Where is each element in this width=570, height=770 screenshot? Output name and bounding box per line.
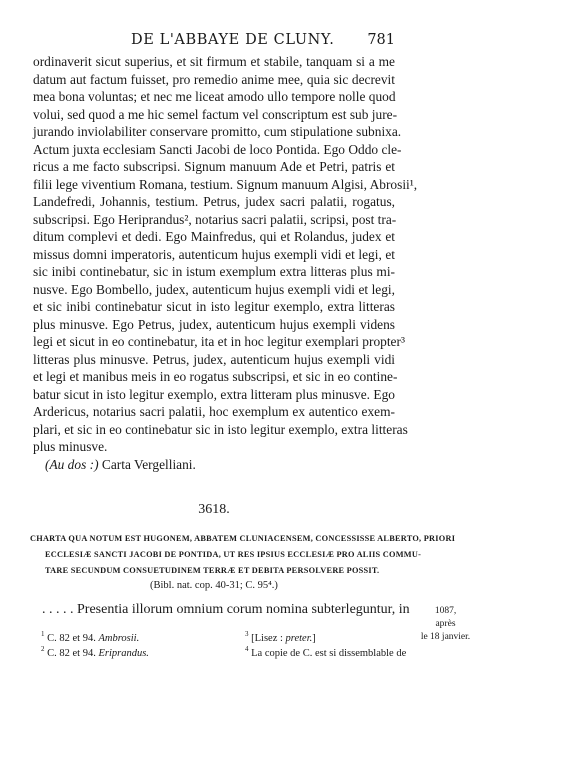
text-line: plus minusve. xyxy=(33,438,395,456)
text-line: volui, sed quod a me hic semel factum ve… xyxy=(33,106,395,124)
footnote-mark: 4 xyxy=(245,645,249,653)
text-line: missus domni imperatoris, autenticum huj… xyxy=(33,246,395,264)
charter-rubric: CHARTA QUA NOTUM EST HUGONEM, ABBATEM CL… xyxy=(30,531,395,579)
footnotes-right-column: 3 [Lisez : preter.] 4 La copie de C. est… xyxy=(245,627,406,657)
text-line: et sic inibi continebatur sicut in isto … xyxy=(33,298,395,316)
endorsement-text: Carta Vergelliani. xyxy=(102,457,196,472)
text-line: plari, et sic in eo continebatur sic in … xyxy=(33,421,395,439)
rubric-line: ECCLESIÆ SANCTI JACOBI DE PONTIDA, UT RE… xyxy=(30,547,395,563)
text-line: mea bona voluntas; et nec me liceat amod… xyxy=(33,88,395,106)
footnote-mark: 2 xyxy=(41,645,45,653)
text-line: batur sicut in isto legitur exemplo, ext… xyxy=(33,386,395,404)
text-line: Ardericus, notarius sacri palatii, hoc e… xyxy=(33,403,395,421)
footnote-mark: 1 xyxy=(41,630,45,638)
footnote-1: 1 C. 82 et 94. Ambrosii. xyxy=(41,627,149,642)
text-line: datum aut factum fuisset, pro remedio an… xyxy=(33,71,395,89)
footnote-mark: 3 xyxy=(245,630,249,638)
text-line: ditum complevi et dedi. Ego Mainfredus, … xyxy=(33,228,395,246)
text-line: ricus a me facto subscripsi. Signum manu… xyxy=(33,158,395,176)
charter-first-line: . . . . . Presentia illorum omnium corum… xyxy=(42,602,395,618)
running-head: DE L'ABBAYE DE CLUNY. 781 xyxy=(33,32,395,52)
margin-date: 1087, après le 18 janvier. xyxy=(408,605,483,644)
rubric-line: CHARTA QUA NOTUM EST HUGONEM, ABBATEM CL… xyxy=(30,531,395,547)
text-line: Actum juxta ecclesiam Sancti Jacobi de l… xyxy=(33,141,395,159)
text-line: sic inibi continebatur, sic in istum exe… xyxy=(33,263,395,281)
endorsement: (Au dos :) Carta Vergelliani. xyxy=(33,456,395,474)
text-line: plus minusve. Ego Petrus, judex, autenti… xyxy=(33,316,395,334)
page-number: 781 xyxy=(367,32,395,48)
endorsement-label: (Au dos :) xyxy=(45,457,99,472)
source-reference: (Bibl. nat. cop. 40-31; C. 95⁴.) xyxy=(150,580,278,591)
margin-date-year: 1087, xyxy=(408,605,483,618)
footnote-text: La copie de C. est si dissemblable de xyxy=(251,648,406,659)
text-line: nusve. Ego Bombello, judex, autenticum h… xyxy=(33,281,395,299)
text-line: Landefredi, Johannis, testium. Petrus, j… xyxy=(33,193,395,211)
text-line: et legi et manibus meis in eo rogatus su… xyxy=(33,368,395,386)
text-line: subscripsi. Ego Heriprandus², notarius s… xyxy=(33,211,395,229)
text-line: legi et sicut in eo continebatur, ita et… xyxy=(33,333,395,351)
margin-date-qualifier: après xyxy=(408,618,483,631)
rubric-line: TARE SECUNDUM CONSUETUDINEM TERRÆ ET DEB… xyxy=(30,563,395,579)
footnote-4: 4 La copie de C. est si dissemblable de xyxy=(245,642,406,657)
footnote-italic: Eriprandus. xyxy=(98,648,148,659)
body-text: ordinaverit sicut superius, et sit firmu… xyxy=(33,53,395,473)
text-line: ordinaverit sicut superius, et sit firmu… xyxy=(33,53,395,71)
footnote-2: 2 C. 82 et 94. Eriprandus. xyxy=(41,642,149,657)
running-head-title: DE L'ABBAYE DE CLUNY. xyxy=(131,32,334,48)
text-line: jurando inviolabiliter conservare promit… xyxy=(33,123,395,141)
footnotes-left-column: 1 C. 82 et 94. Ambrosii. 2 C. 82 et 94. … xyxy=(41,627,149,657)
footnote-text: C. 82 et 94. xyxy=(47,648,96,659)
margin-date-day: le 18 janvier. xyxy=(408,631,483,644)
footnote-3: 3 [Lisez : preter.] xyxy=(245,627,406,642)
document-page: DE L'ABBAYE DE CLUNY. 781 ordinaverit si… xyxy=(0,0,570,770)
text-line: litteras plus minusve. Petrus, judex, au… xyxy=(33,351,395,369)
charter-number: 3618. xyxy=(0,502,428,518)
text-line: filii lege viventium Romana, testium. Si… xyxy=(33,176,395,194)
